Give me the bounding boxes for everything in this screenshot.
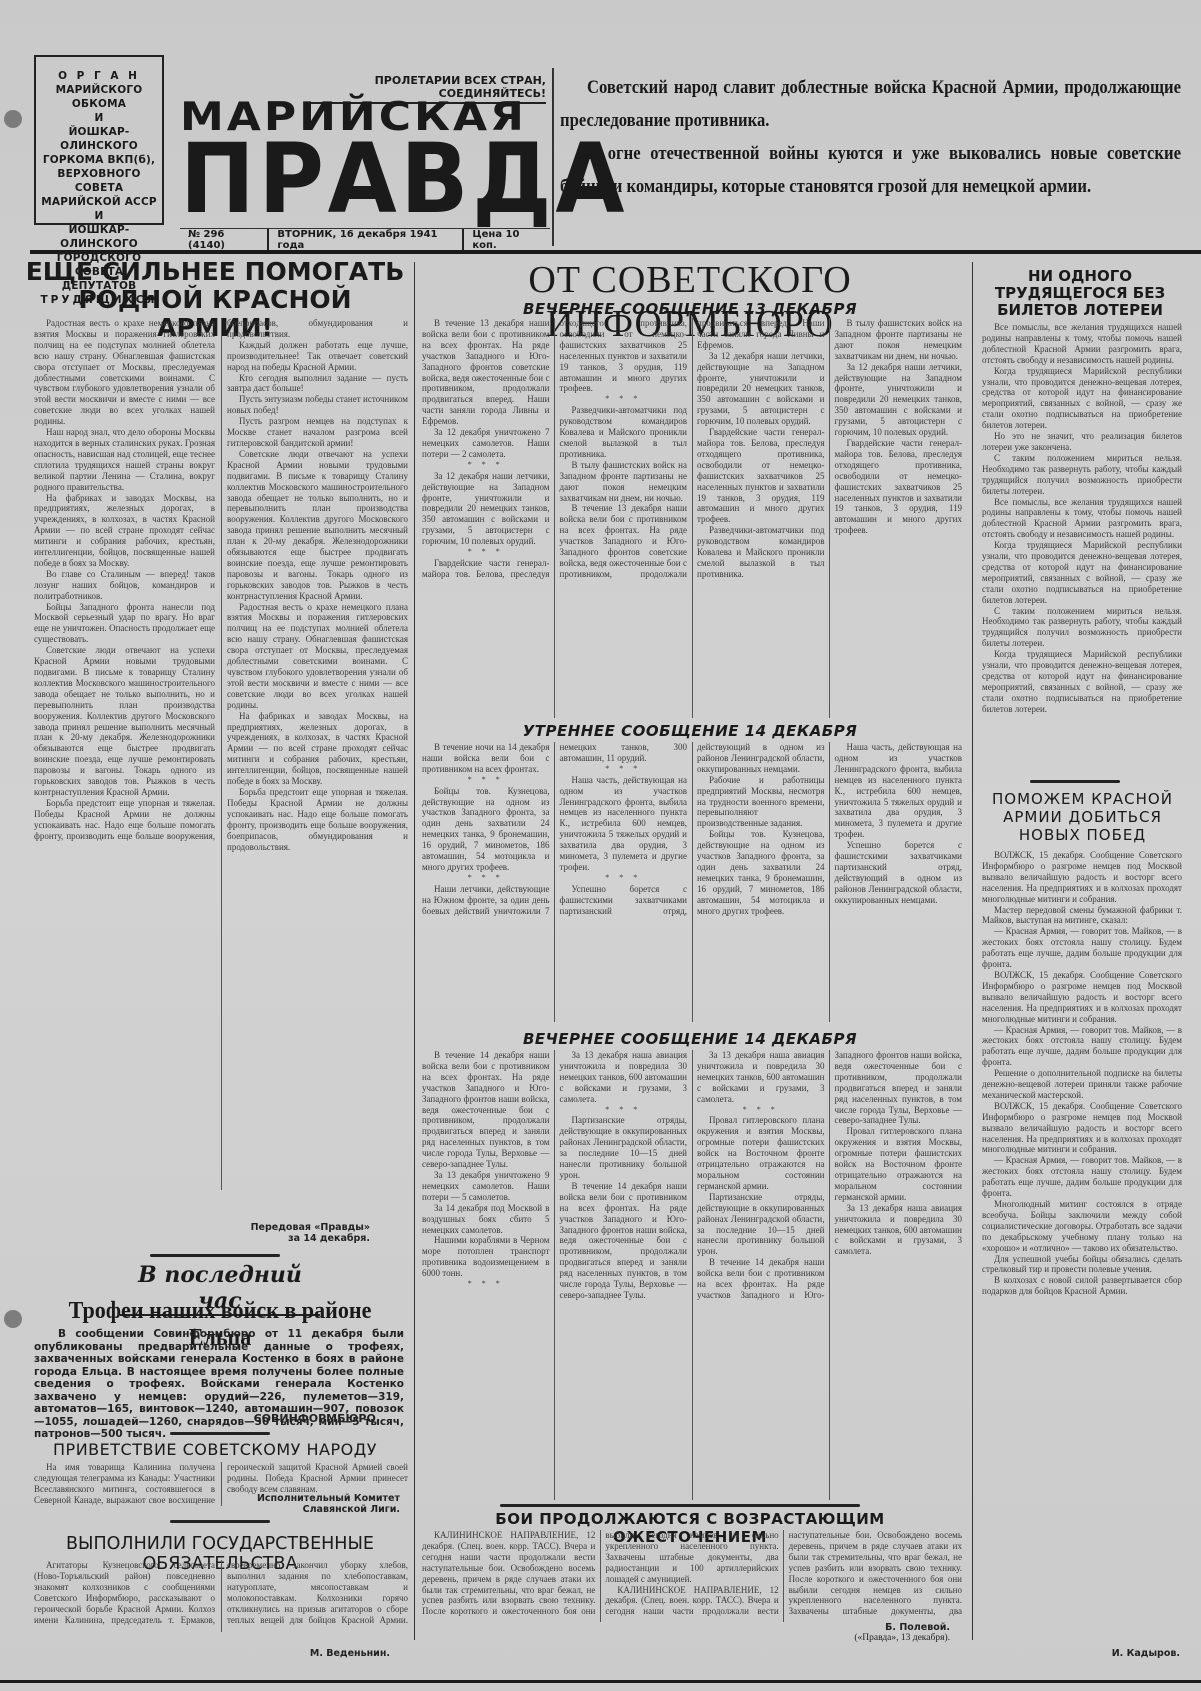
paragraph: Во главе со Сталиным — вперед! таков лоз… bbox=[34, 569, 215, 602]
separator-stars: * * * bbox=[560, 873, 688, 884]
paragraph: Кто сегодня выполнил задание — пусть зав… bbox=[227, 373, 408, 395]
paragraph: В течение ночи на 14 декабря наши войска… bbox=[422, 742, 550, 775]
morning-14-body: В течение ночи на 14 декабря наши войска… bbox=[422, 742, 962, 1022]
paragraph: Когда трудящиеся Марийской республики уз… bbox=[982, 649, 1182, 714]
issue-info-bar: № 296 (4140) ВТОРНИК, 16 декабря 1941 го… bbox=[180, 228, 550, 251]
paragraph: Бойцы тов. Кузнецова, действующие на одн… bbox=[422, 786, 550, 873]
paragraph: — Красная Армия, — говорит тов. Майков, … bbox=[982, 1155, 1182, 1199]
lead-paragraph: В огне отечественной войны куются и уже … bbox=[560, 138, 1181, 204]
paragraph: Гвардейские части генерал-майора тов. Бе… bbox=[697, 427, 825, 525]
paragraph: Каждый должен работать еще лучше, произв… bbox=[227, 340, 408, 373]
paragraph: Когда трудящиеся Марийской республики уз… bbox=[982, 540, 1182, 605]
organ-line: ГОРКОМА ВКП(б), bbox=[40, 153, 158, 167]
greeting-signature: Исполнительный Комитет Славянской Лиги. bbox=[240, 1493, 400, 1515]
paragraph: Партизанские отряды, действующие в оккуп… bbox=[560, 1115, 688, 1180]
paragraph: — Красная Армия, — говорит тов. Майков, … bbox=[982, 926, 1182, 970]
paragraph: Пусть разгром немцев на подступах к Моск… bbox=[227, 416, 408, 449]
bottom-rule bbox=[0, 1680, 1201, 1683]
signature-line: Передовая «Правды» bbox=[220, 1222, 370, 1233]
battles-body: КАЛИНИНСКОЕ НАПРАВЛЕНИЕ, 12 декабря. (Сп… bbox=[422, 1530, 962, 1622]
paragraph: Рабочие и работницы предприятий Москвы, … bbox=[697, 775, 825, 830]
issue-number: № 296 (4140) bbox=[180, 229, 269, 251]
signature-line: («Правда», 13 декабря). bbox=[800, 1633, 950, 1643]
issue-price: Цена 10 коп. bbox=[464, 229, 550, 251]
evening-14-title: ВЕЧЕРНЕЕ СООБЩЕНИЕ 14 ДЕКАБРЯ bbox=[420, 1030, 960, 1048]
paragraph: Решение о дополнительной подписке на бил… bbox=[982, 1068, 1182, 1101]
paragraph: С таким положением мириться нельзя. Необ… bbox=[982, 606, 1182, 650]
organ-line: МАРИЙСКОГО ОБКОМА bbox=[40, 83, 158, 111]
duties-body: Агитаторы Кузнецовского сельсовета (Ново… bbox=[34, 1560, 408, 1632]
paragraph: Когда трудящиеся Марийской республики уз… bbox=[982, 366, 1182, 431]
paragraph: В течение 14 декабря наши войска вели бо… bbox=[560, 1181, 688, 1301]
paragraph: Гвардейские части генерал-майора тов. Бе… bbox=[835, 438, 963, 536]
paragraph: Нашими кораблями в Черном море потоплен … bbox=[422, 1235, 550, 1279]
duties-signature: М. Веденьнин. bbox=[260, 1648, 390, 1659]
organ-line: И bbox=[40, 111, 158, 125]
separator-stars: * * * bbox=[697, 1105, 825, 1116]
paragraph: ВОЛЖСК, 15 декабря. Сообщение Советского… bbox=[982, 970, 1182, 1025]
column-divider bbox=[972, 262, 973, 1640]
paragraph: На фабриках и заводах Москвы, на предпри… bbox=[227, 711, 408, 787]
evening-13-body: В течение 13 декабря наши войска вели бо… bbox=[422, 318, 962, 718]
paragraph: На фабриках и заводах Москвы, на предпри… bbox=[34, 493, 215, 569]
help-army-signature: И. Кадыров. bbox=[1080, 1648, 1180, 1659]
paragraph: В тылу фашистских войск на Западном фрон… bbox=[835, 318, 963, 362]
paragraph: Радостная весть о крахе немецкого плана … bbox=[34, 318, 215, 427]
organ-line: И bbox=[40, 209, 158, 223]
paragraph: В течение 13 декабря наши войска вели бо… bbox=[422, 318, 550, 427]
paragraph: Пусть энтузиазм победы станет источником… bbox=[227, 394, 408, 416]
paragraph: Партизанские отряды, действующие в оккуп… bbox=[697, 1192, 825, 1257]
organ-line: ЙОШКАР-ОЛИНСКОГО bbox=[40, 223, 158, 251]
morning-14-title: УТРЕННЕЕ СООБЩЕНИЕ 14 ДЕКАБРЯ bbox=[420, 722, 960, 740]
greeting-headline: ПРИВЕТСТВИЕ СОВЕТСКОМУ НАРОДУ bbox=[30, 1440, 400, 1459]
paragraph: За 12 декабря уничтожено 7 немецких само… bbox=[422, 427, 550, 460]
paragraph: ВОЛЖСК, 15 декабря. Сообщение Советского… bbox=[982, 850, 1182, 905]
paragraph: Советские люди отвечают на успехи Красно… bbox=[227, 449, 408, 602]
paragraph: ВОЛЖСК, 15 декабря. Сообщение Советского… bbox=[982, 1101, 1182, 1156]
signature-line: Б. Полевой. bbox=[800, 1622, 950, 1633]
paragraph: Мастер передовой смены бумажной фабрики … bbox=[982, 905, 1182, 927]
separator-stars: * * * bbox=[422, 1279, 550, 1290]
help-army-body: ВОЛЖСК, 15 декабря. Сообщение Советского… bbox=[982, 850, 1182, 1640]
masthead-rule bbox=[30, 250, 1201, 254]
organ-box: О Р Г А Н МАРИЙСКОГО ОБКОМА И ЙОШКАР-ОЛИ… bbox=[34, 55, 164, 225]
ornament-divider bbox=[1030, 780, 1120, 783]
paragraph: Советские люди отвечают на успехи Красно… bbox=[34, 645, 215, 798]
ornament-divider bbox=[170, 1432, 270, 1435]
paragraph: За 13 декабря уничтожено 9 немецких само… bbox=[422, 1170, 550, 1203]
issue-date: ВТОРНИК, 16 декабря 1941 года bbox=[269, 229, 464, 251]
paragraph: Все помыслы, все желания трудящихся наше… bbox=[982, 497, 1182, 541]
organ-line: ВЕРХОВНОГО СОВЕТА bbox=[40, 167, 158, 195]
ornament-divider bbox=[150, 1254, 280, 1257]
masthead-title-line2: ПРАВДА bbox=[180, 133, 524, 225]
evening-14-body: В течение 14 декабря наши войска вели бо… bbox=[422, 1050, 962, 1500]
ornament-divider bbox=[500, 1504, 860, 1507]
paragraph: Агитаторы Кузнецовского сельсовета (Ново… bbox=[34, 1560, 408, 1632]
separator-stars: * * * bbox=[560, 394, 688, 405]
paragraph: За 13 декабря наша авиация уничтожила и … bbox=[560, 1050, 688, 1105]
separator-stars: * * * bbox=[560, 764, 688, 775]
paragraph: Наш народ знал, что дело обороны Москвы … bbox=[34, 427, 215, 492]
ornament-divider bbox=[170, 1520, 270, 1523]
paragraph: Многолюдный митинг состоялся в отряде вс… bbox=[982, 1199, 1182, 1254]
paragraph: Провал гитлеровского плана окружения и в… bbox=[697, 1115, 825, 1191]
battles-signature: Б. Полевой. («Правда», 13 декабря). bbox=[800, 1622, 950, 1643]
separator-stars: * * * bbox=[422, 547, 550, 558]
paragraph: За 14 декабря под Москвой в воздушных бо… bbox=[422, 1203, 550, 1236]
paragraph: Борьба предстоит еще упорная и тяжелая. … bbox=[227, 787, 408, 852]
paragraph: Бойцы тов. Кузнецова, действующие на одн… bbox=[697, 829, 825, 916]
signature-line: Славянской Лиги. bbox=[240, 1504, 400, 1515]
paragraph: Для успешной учебы бойцы обязались сдела… bbox=[982, 1254, 1182, 1276]
evening-13-title: ВЕЧЕРНЕЕ СООБЩЕНИЕ 13 ДЕКАБРЯ bbox=[420, 300, 960, 318]
paragraph: За 13 декабря наша авиация уничтожила и … bbox=[835, 1203, 963, 1258]
paragraph: Разведчики-автоматчики под руководством … bbox=[560, 405, 688, 460]
column-divider bbox=[414, 262, 415, 1640]
signature-line: за 14 декабря. bbox=[220, 1233, 370, 1244]
lead-slogans: Советский народ славит доблестные войска… bbox=[560, 72, 1123, 204]
paragraph: В течение 14 декабря наши войска вели бо… bbox=[422, 1050, 550, 1170]
paragraph: С таким положением мириться нельзя. Необ… bbox=[982, 453, 1182, 497]
separator-stars: * * * bbox=[422, 873, 550, 884]
help-army-headline: ПОМОЖЕМ КРАСНОЙ АРМИИ ДОБИТЬСЯ НОВЫХ ПОБ… bbox=[980, 790, 1185, 844]
editorial-body: Радостная весть о крахе немецкого плана … bbox=[34, 318, 408, 1190]
paragraph: Успешно борется с фашистскими захватчика… bbox=[835, 840, 963, 905]
newspaper-page: О Р Г А Н МАРИЙСКОГО ОБКОМА И ЙОШКАР-ОЛИ… bbox=[0, 0, 1201, 1691]
paragraph: Провал гитлеровского плана окружения и в… bbox=[835, 1126, 963, 1202]
paragraph: Наша часть, действующая на одном из учас… bbox=[835, 742, 963, 840]
paragraph: Наша часть, действующая на одном из учас… bbox=[560, 775, 688, 873]
separator-stars: * * * bbox=[560, 1105, 688, 1116]
editorial-signature: Передовая «Правды» за 14 декабря. bbox=[220, 1222, 370, 1244]
organ-line: О Р Г А Н bbox=[40, 69, 158, 83]
paragraph: За 13 декабря наша авиация уничтожила и … bbox=[697, 1050, 825, 1105]
paragraph: Все помыслы, все желания трудящихся наше… bbox=[982, 322, 1182, 366]
signature-line: Исполнительный Комитет bbox=[240, 1493, 400, 1504]
paragraph: Разведчики-автоматчики под руководством … bbox=[697, 525, 825, 580]
paragraph: Радостная весть о крахе немецкого плана … bbox=[227, 602, 408, 711]
organ-line: МАРИЙСКОЙ АССР bbox=[40, 195, 158, 209]
paragraph: За 12 декабря наши летчики, действующие … bbox=[835, 362, 963, 438]
paragraph: Но это не значит, что реализация билетов… bbox=[982, 431, 1182, 453]
binder-hole bbox=[4, 1310, 22, 1328]
organ-line: ЙОШКАР-ОЛИНСКОГО bbox=[40, 125, 158, 153]
paragraph: За 12 декабря наши летчики, действующие … bbox=[697, 351, 825, 427]
lead-paragraph: Советский народ славит доблестные войска… bbox=[560, 72, 1181, 138]
trophy-signature: СОВИНФОРМБЮРО. bbox=[240, 1412, 380, 1425]
lottery-body: Все помыслы, все желания трудящихся наше… bbox=[982, 322, 1182, 777]
paragraph: В колхозах с новой силой развертывается … bbox=[982, 1275, 1182, 1297]
separator-stars: * * * bbox=[422, 775, 550, 786]
column-divider bbox=[552, 68, 554, 246]
paragraph: Бойцы Западного фронта нанесли под Москв… bbox=[34, 602, 215, 646]
binder-hole bbox=[4, 110, 22, 128]
paragraph: — Красная Армия, — говорит тов. Майков, … bbox=[982, 1025, 1182, 1069]
paragraph: В тылу фашистских войск на Западном фрон… bbox=[560, 460, 688, 504]
paragraph: За 12 декабря наши летчики, действующие … bbox=[422, 471, 550, 547]
separator-stars: * * * bbox=[422, 460, 550, 471]
lottery-headline: НИ ОДНОГО ТРУДЯЩЕГОСЯ БЕЗ БИЛЕТОВ ЛОТЕРЕ… bbox=[980, 268, 1180, 319]
